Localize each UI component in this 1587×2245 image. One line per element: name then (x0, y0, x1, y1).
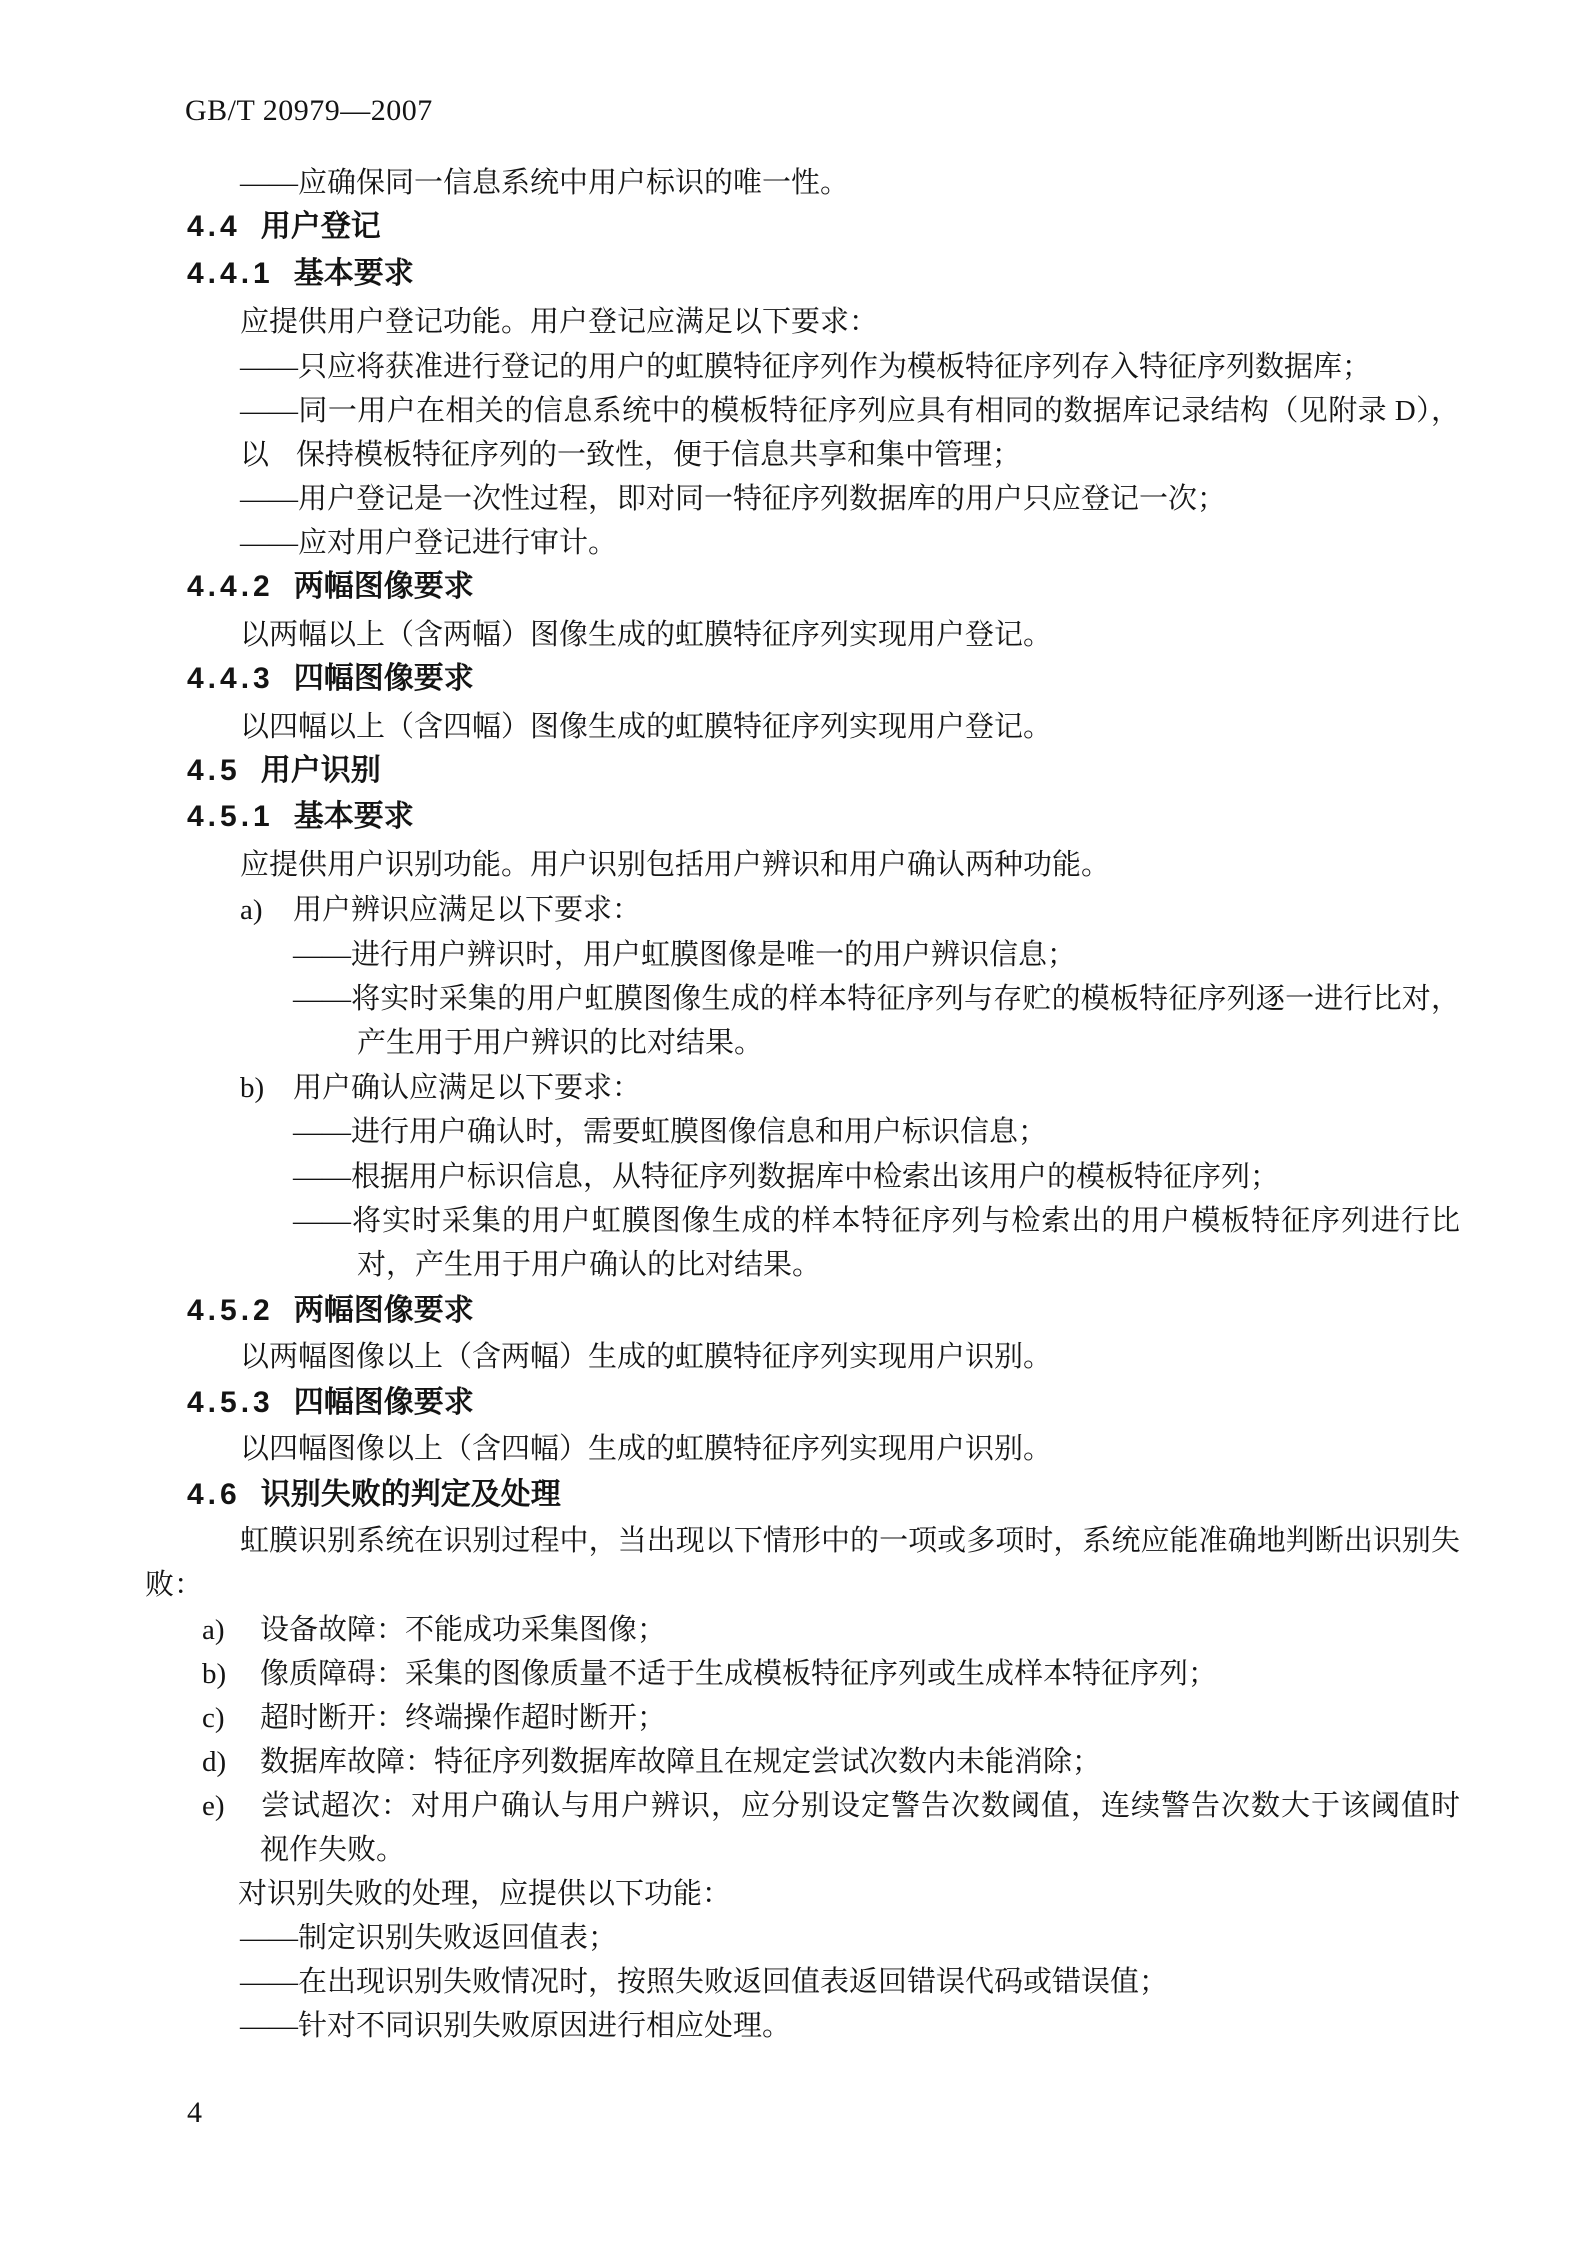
list-item: b)用户确认应满足以下要求： (240, 1066, 641, 1110)
section-heading: 4.4.2两幅图像要求 (187, 565, 474, 609)
content-line: ——用户登记是一次性过程，即对同一特征序列数据库的用户只应登记一次； (240, 477, 1226, 521)
list-item: a)设备故障：不能成功采集图像； (202, 1608, 666, 1652)
content-line: ——将实时采集的用户虹膜图像生成的样本特征序列与检索出的用户模板特征序列进行比 (293, 1199, 1460, 1243)
item-marker: c) (202, 1696, 260, 1740)
content-line: 虹膜识别系统在识别过程中，当出现以下情形中的一项或多项时，系统应能准确地判断出识… (240, 1519, 1460, 1563)
list-item: a)用户辨识应满足以下要求： (240, 888, 641, 932)
content-line: ——进行用户确认时，需要虹膜图像信息和用户标识信息； (293, 1110, 1047, 1154)
item-text: 设备故障：不能成功采集图像； (260, 1614, 666, 1646)
content-line: ——将实时采集的用户虹膜图像生成的样本特征序列与存贮的模板特征序列逐一进行比对， (293, 977, 1460, 1021)
content-line: 以四幅以上（含四幅）图像生成的虹膜特征序列实现用户登记。 (240, 705, 1052, 749)
content-line: ——针对不同识别失败原因进行相应处理。 (240, 2004, 791, 2048)
content-line: 以四幅图像以上（含四幅）生成的虹膜特征序列实现用户识别。 (240, 1427, 1052, 1471)
section-number: 4.5.3 (187, 1386, 274, 1419)
content-line: 对，产生用于用户确认的比对结果。 (357, 1243, 821, 1287)
content-line: 应提供用户登记功能。用户登记应满足以下要求： (240, 300, 878, 344)
content-line: ——只应将获准进行登记的用户的虹膜特征序列作为模板特征序列存入特征序列数据库； (240, 345, 1371, 389)
section-heading: 4.5.1基本要求 (187, 795, 414, 839)
list-item: d)数据库故障：特征序列数据库故障且在规定尝试次数内未能消除； (202, 1740, 1101, 1784)
content-line: ——进行用户辨识时，用户虹膜图像是唯一的用户辨识信息； (293, 933, 1076, 977)
content-line: ——应确保同一信息系统中用户标识的唯一性。 (240, 161, 849, 205)
section-title: 四幅图像要求 (294, 1386, 474, 1419)
content-line: ——应对用户登记进行审计。 (240, 521, 617, 565)
section-number: 4.6 (187, 1478, 241, 1511)
section-heading: 4.5.2两幅图像要求 (187, 1289, 474, 1333)
section-number: 4.4.1 (187, 257, 274, 290)
section-heading: 4.4用户登记 (187, 205, 381, 249)
item-marker: e) (202, 1784, 260, 1828)
content-line: 产生用于用户辨识的比对结果。 (357, 1021, 763, 1065)
list-item: e)尝试超次：对用户确认与用户辨识，应分别设定警告次数阈值，连续警告次数大于该阈… (202, 1784, 1460, 1828)
page-number: 4 (187, 2091, 202, 2135)
content-line: 对识别失败的处理，应提供以下功能： (238, 1872, 731, 1916)
content-line: ——同一用户在相关的信息系统中的模板特征序列应具有相同的数据库记录结构（见附录 … (240, 389, 1460, 433)
document-page: GB/T 20979—2007 ——应确保同一信息系统中用户标识的唯一性。4.4… (0, 0, 1587, 2245)
section-title: 两幅图像要求 (294, 570, 474, 603)
item-text: 尝试超次：对用户确认与用户辨识，应分别设定警告次数阈值，连续警告次数大于该阈值时 (260, 1790, 1460, 1822)
item-marker: d) (202, 1740, 260, 1784)
section-heading: 4.6识别失败的判定及处理 (187, 1473, 561, 1517)
section-title: 四幅图像要求 (294, 662, 474, 695)
content-line: 应提供用户识别功能。用户识别包括用户辨识和用户确认两种功能。 (240, 843, 1110, 887)
content-line: 保持模板特征序列的一致性，便于信息共享和集中管理； (296, 433, 1021, 477)
item-text: 像质障碍：采集的图像质量不适于生成模板特征序列或生成样本特征序列； (260, 1658, 1217, 1690)
item-text: 用户确认应满足以下要求： (293, 1072, 641, 1104)
section-heading: 4.4.3四幅图像要求 (187, 657, 474, 701)
section-number: 4.5.1 (187, 800, 274, 833)
content-line: 以两幅图像以上（含两幅）生成的虹膜特征序列实现用户识别。 (240, 1335, 1052, 1379)
item-text: 超时断开：终端操作超时断开； (260, 1702, 666, 1734)
content-line: ——制定识别失败返回值表； (240, 1916, 617, 1960)
content-line: ——在出现识别失败情况时，按照失败返回值表返回错误代码或错误值； (240, 1960, 1168, 2004)
item-text: 数据库故障：特征序列数据库故障且在规定尝试次数内未能消除； (260, 1746, 1101, 1778)
section-title: 两幅图像要求 (294, 1294, 474, 1327)
section-title: 识别失败的判定及处理 (261, 1478, 561, 1511)
item-marker: a) (240, 888, 293, 932)
section-number: 4.4.3 (187, 662, 274, 695)
content-line: 以两幅以上（含两幅）图像生成的虹膜特征序列实现用户登记。 (240, 613, 1052, 657)
section-number: 4.5 (187, 754, 241, 787)
section-title: 基本要求 (294, 257, 414, 290)
section-number: 4.4 (187, 210, 241, 243)
content-line: 败： (145, 1563, 203, 1607)
section-number: 4.4.2 (187, 570, 274, 603)
section-heading: 4.5.3四幅图像要求 (187, 1381, 474, 1425)
item-text: 用户辨识应满足以下要求： (293, 894, 641, 926)
list-item: c)超时断开：终端操作超时断开； (202, 1696, 666, 1740)
section-heading: 4.5用户识别 (187, 749, 381, 793)
item-marker: a) (202, 1608, 260, 1652)
section-number: 4.5.2 (187, 1294, 274, 1327)
content-line: 视作失败。 (260, 1828, 405, 1872)
content-line: ——根据用户标识信息，从特征序列数据库中检索出该用户的模板特征序列； (293, 1155, 1279, 1199)
section-title: 基本要求 (294, 800, 414, 833)
standard-number-header: GB/T 20979—2007 (185, 95, 433, 127)
item-marker: b) (202, 1652, 260, 1696)
section-title: 用户识别 (261, 754, 381, 787)
section-title: 用户登记 (261, 210, 381, 243)
item-marker: b) (240, 1066, 293, 1110)
list-item: b)像质障碍：采集的图像质量不适于生成模板特征序列或生成样本特征序列； (202, 1652, 1217, 1696)
section-heading: 4.4.1基本要求 (187, 252, 414, 296)
